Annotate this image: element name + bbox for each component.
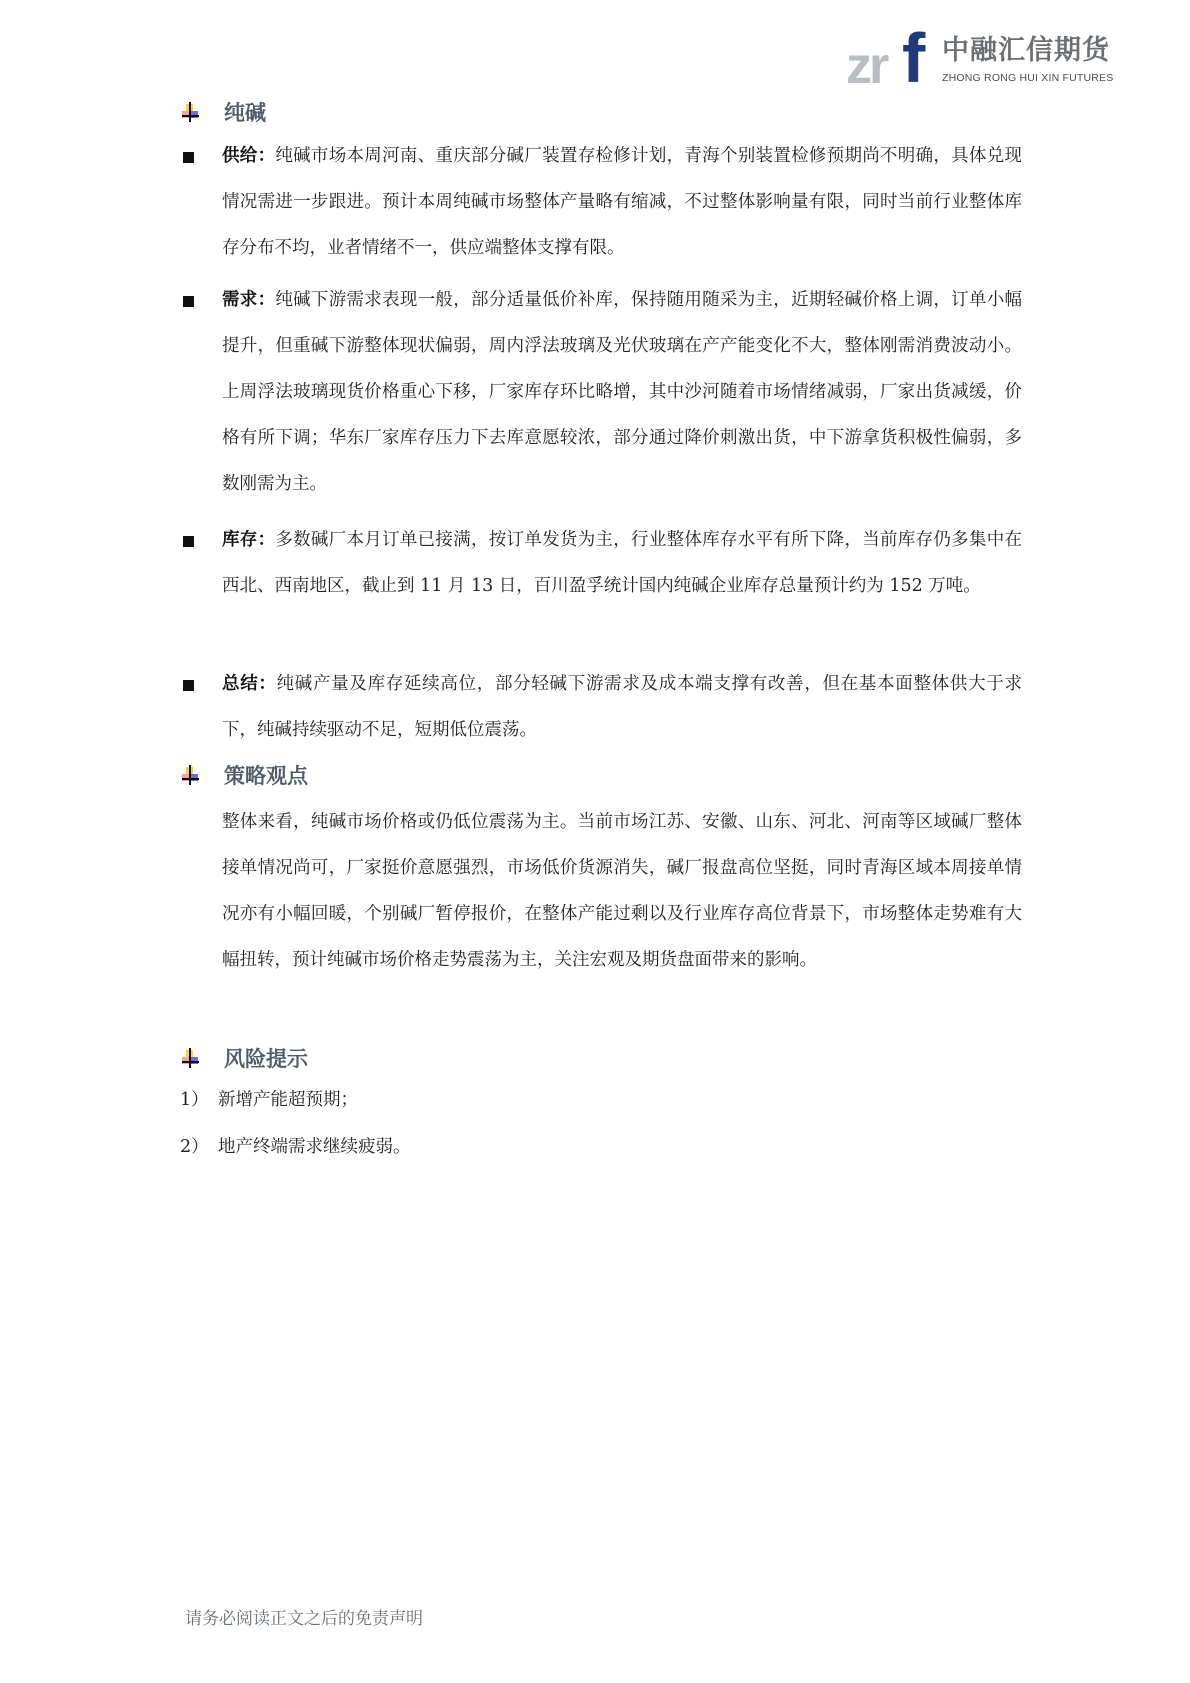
paragraph-label: 需求： [222,290,275,310]
colored-cross-bullet-icon [180,765,200,785]
paragraph-text: 纯碱下游需求表现一般，部分适量低价补库，保持随用随采为主，近期轻碱价格上调，订单… [222,290,1022,494]
square-bullet-icon [183,152,194,163]
logo-mark-f: f [902,28,925,88]
paragraph-label: 库存： [222,530,275,550]
paragraph-demand: 需求：纯碱下游需求表现一般，部分适量低价补库，保持随用随采为主，近期轻碱价格上调… [222,277,1022,507]
section-heading-strategy: 策略观点 [180,760,308,790]
risk-item-2: 2）地产终端需求继续疲弱。 [180,1132,411,1162]
square-bullet-icon [183,296,194,307]
paragraph-text: 纯碱市场本周河南、重庆部分碱厂装置存检修计划，青海个别装置检修预期尚不明确，具体… [222,146,1022,258]
risk-item-number: 2） [180,1132,218,1162]
risk-item-number: 1） [180,1085,218,1115]
paragraph-label: 总结： [222,674,277,694]
paragraph-inventory: 库存：多数碱厂本月订单已接满，按订单发货为主，行业整体库存水平有所下降，当前库存… [222,517,1022,609]
square-bullet-icon [183,536,194,547]
section-heading-risk: 风险提示 [180,1043,308,1073]
paragraph-label: 供给： [222,146,275,166]
paragraph-text: 多数碱厂本月订单已接满，按订单发货为主，行业整体库存水平有所下降，当前库存仍多集… [222,530,1022,596]
colored-cross-bullet-icon [180,102,200,122]
company-logo: zr f 中融汇信期货 ZHONG RONG HUI XIN FUTURES [846,28,1116,88]
disclaimer-footer: 请务必阅读正文之后的免责声明 [185,1604,423,1629]
section-title: 纯碱 [224,97,266,127]
paragraph-strategy: 整体来看，纯碱市场价格或仍低位震荡为主。当前市场江苏、安徽、山东、河北、河南等区… [222,799,1022,983]
risk-item-1: 1）新增产能超预期； [180,1085,358,1115]
section-title: 风险提示 [224,1043,308,1073]
paragraph-supply: 供给：纯碱市场本周河南、重庆部分碱厂装置存检修计划，青海个别装置检修预期尚不明确… [222,133,1022,271]
square-bullet-icon [183,680,194,691]
logo-company-en: ZHONG RONG HUI XIN FUTURES [942,72,1113,84]
logo-company-cn: 中融汇信期货 [942,36,1110,66]
paragraph-text: 纯碱产量及库存延续高位，部分轻碱下游需求及成本端支撑有改善，但在基本面整体供大于… [222,674,1022,740]
colored-cross-bullet-icon [180,1048,200,1068]
logo-mark-zr: zr [846,44,886,88]
paragraph-summary: 总结：纯碱产量及库存延续高位，部分轻碱下游需求及成本端支撑有改善，但在基本面整体… [222,661,1022,753]
risk-item-text: 地产终端需求继续疲弱。 [218,1137,411,1157]
risk-item-text: 新增产能超预期； [218,1090,358,1110]
section-title: 策略观点 [224,760,308,790]
section-heading-soda-ash: 纯碱 [180,97,266,127]
